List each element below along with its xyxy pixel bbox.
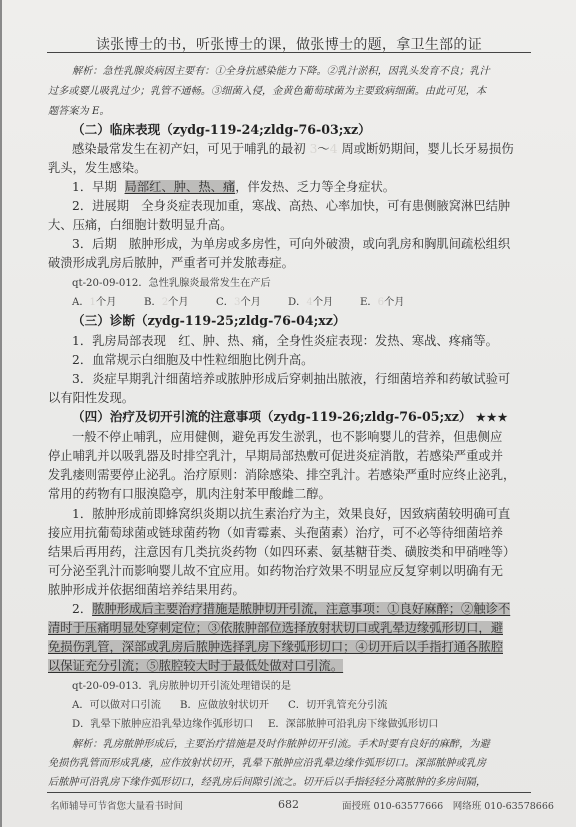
paragraph-line: 常用的药物有口服溴隐亭，肌肉注射苯甲酸雌二醇。 bbox=[48, 485, 532, 503]
question-stem: qt-20-09-013．乳房脓肿切开引流处理错误的是 bbox=[72, 678, 556, 696]
analysis-line: 免损伤乳管而形成乳瘘，应作放射状切开，乳晕下脓肿应沿乳晕边缘作弧形切口。深部脓肿… bbox=[48, 755, 532, 773]
highlighted-text: 脓肿形成后主要治疗措施是脓肿切开引流，注意事项：①良好麻醉；②触诊不 bbox=[92, 602, 510, 616]
item-label: 2． bbox=[72, 602, 92, 616]
paragraph-line: 以有阳性发现。 bbox=[48, 389, 532, 407]
option-e: E．深部脓肿可沿乳房下缘做弧形切口 bbox=[268, 719, 438, 730]
option-c: C．切开乳管充分引流 bbox=[288, 700, 387, 711]
highlighted-line: 清时于压痛明显处穿刺定位；③依脓肿部位选择放射状切口或乳晕边缘弧形切口，避 bbox=[48, 619, 532, 637]
option-b: B．2个月 bbox=[144, 294, 216, 312]
option-c: C．3个月 bbox=[216, 294, 288, 312]
footer-left-text: 名师辅导可节省您大量看书时间 bbox=[50, 798, 183, 812]
text: 感染最常发生在初产妇，可见于哺乳的最初 bbox=[72, 142, 306, 156]
list-item: 3．炎症早期乳汁细菌培养或脓肿形成后穿刺抽出脓液，行细菌培养和药敏试验可 bbox=[72, 370, 556, 388]
paragraph-line: 结果后再用药，注意因有几类抗炎药物（如四环素、氨基糖苷类、磺胺类和甲硝唑等） bbox=[48, 543, 532, 561]
option-d: D．乳晕下脓肿应沿乳晕边缘作弧形切口 bbox=[72, 716, 268, 734]
page-number: 682 bbox=[278, 798, 299, 811]
highlighted-line: 免损伤乳管，深部或乳房后脓肿选择乳房下缘弧形切口；④切开后以手指打通各脓腔 bbox=[48, 638, 532, 656]
analysis-line: 解析：急性乳腺炎病因主要有：①全身抗感染能力下降。②乳汁淤积，因乳头发育不良；乳… bbox=[72, 63, 556, 81]
question-options-row: D．乳晕下脓肿应沿乳晕边缘作弧形切口E．深部脓肿可沿乳房下缘做弧形切口 bbox=[72, 716, 556, 734]
faded-digit: 4 bbox=[330, 142, 338, 156]
paragraph-line: 破溃形成乳房后脓肿，严重者可并发脓毒症。 bbox=[48, 254, 532, 272]
footer-rule bbox=[47, 792, 531, 793]
section-title-treatment: （四）治疗及切开引流的注意事项（zydg-119-26;zldg-76-05;x… bbox=[72, 408, 556, 427]
list-item: 2．血常规示白细胞及中性粒细胞比例升高。 bbox=[72, 351, 556, 369]
text: ，伴发热、乏力等全身症状。 bbox=[235, 180, 395, 194]
paragraph-line: 一般不停止哺乳，应用健侧，避免再发生淤乳，也不影响婴儿的营养，但患侧应 bbox=[72, 428, 556, 446]
list-item: 1．脓肿形成前即蜂窝织炎期以抗生素治疗为主，效果良好，因致病菌较明确可直 bbox=[72, 505, 556, 523]
section-title-diagnosis: （三）诊断（zydg-119-25;zldg-76-04;xz） bbox=[72, 312, 556, 330]
paragraph-line: 停止哺乳并以吸乳器及时排空乳汁，早期局部热敷可促进炎症消散，若感染严重或并 bbox=[48, 447, 532, 465]
item-label: 1．早期 bbox=[72, 180, 117, 194]
option-b: B．应做放射状切开 bbox=[180, 697, 288, 715]
question-options: A．1个月B．2个月C．3个月D．4个月E．6个月 bbox=[72, 294, 556, 312]
question-stem: qt-20-09-012．急性乳腺炎最常发生在产后 bbox=[72, 275, 556, 293]
text: ～ bbox=[317, 142, 329, 156]
option-e: E．6个月 bbox=[360, 294, 432, 312]
paragraph-line: 接应用抗葡萄球菌或链球菌药物（如青霉素、头孢菌素）治疗，可不必等待细菌培养 bbox=[48, 524, 532, 542]
header-rule bbox=[47, 52, 531, 53]
paragraph-line: 大、压痛，白细胞计数明显升高。 bbox=[48, 216, 532, 234]
list-item-late: 3．后期 脓肿形成，为单房或多房性，可向外破溃，或向乳房和胸肌间疏松组织 bbox=[72, 235, 556, 253]
star-rating-icon: ★★★ bbox=[476, 411, 509, 424]
option-a: A．1个月 bbox=[72, 294, 144, 312]
highlighted-list-item: 2．脓肿形成后主要治疗措施是脓肿切开引流，注意事项：①良好麻醉；②触诊不 bbox=[72, 600, 556, 618]
option-a: A．可以做对口引流 bbox=[72, 697, 180, 715]
section-title-clinical: （二）临床表现（zydg-119-24;zldg-76-03;xz） bbox=[72, 121, 556, 139]
analysis-line: 题答案为 E。 bbox=[48, 103, 532, 121]
list-item-progress: 2．进展期 全身炎症表现加重，寒战、高热、心率加快，可有患侧腋窝淋巴结肿 bbox=[72, 197, 556, 215]
document-page: 读张博士的书，听张博士的课，做张博士的题，拿卫生部的证 解析：急性乳腺炎病因主要… bbox=[0, 0, 576, 827]
list-item-early: 1．早期 局部红、肿、热、痛，伴发热、乏力等全身症状。 bbox=[72, 178, 556, 196]
analysis-line: 过多或婴儿吸乳过少；乳管不通畅。③细菌入侵，金黄色葡萄球菌为主要致病细菌。由此可… bbox=[48, 83, 532, 101]
analysis-line: 后脓肿可沿乳房下缘作弧形切口，经乳房后间隙引流之。切开后以手指轻轻分离脓肿的多房… bbox=[48, 774, 532, 792]
text: 周或断奶期间，婴儿长牙易损伤 bbox=[341, 142, 513, 156]
list-item: 1．乳房局部表现 红、肿、热、痛，全身性炎症表现：发热、寒战、疼痛等。 bbox=[72, 332, 556, 350]
paragraph-line: 可分泌至乳汁而影响婴儿故不宜应用。如药物治疗效果不明显应反复穿刺以明确有无 bbox=[48, 562, 532, 580]
paragraph-line: 乳头，发生感染。 bbox=[48, 159, 532, 177]
analysis-line: 解析：乳房脓肿形成后，主要治疗措施是及时作脓肿切开引流。手术时要有良好的麻醉，为… bbox=[72, 736, 556, 754]
option-d: D．4个月 bbox=[288, 294, 360, 312]
paragraph-line: 发乳瘘则需要停止泌乳。治疗原则：消除感染、排空乳汁。若感染严重时应终止泌乳， bbox=[48, 466, 532, 484]
highlighted-text: 局部红、肿、热、痛 bbox=[125, 180, 236, 194]
highlighted-line: 以保证充分引流；⑤脓腔较大时于最低处做对口引流。 bbox=[48, 657, 532, 675]
footer-contact: 面授班 010-63577666 网络班 010-63578666 bbox=[342, 798, 554, 812]
question-options-row: A．可以做对口引流B．应做放射状切开C．切开乳管充分引流 bbox=[72, 697, 556, 715]
title-text: （四）治疗及切开引流的注意事项（zydg-119-26;zldg-76-05;x… bbox=[72, 409, 471, 424]
header-slogan: 读张博士的书，听张博士的课，做张博士的题，拿卫生部的证 bbox=[48, 34, 530, 54]
paragraph-line: 感染最常发生在初产妇，可见于哺乳的最初 3～4 周或断奶期间，婴儿长牙易损伤 bbox=[72, 140, 556, 158]
paragraph-line: 脓肿形成并依据细菌培养结果用药。 bbox=[48, 581, 532, 599]
